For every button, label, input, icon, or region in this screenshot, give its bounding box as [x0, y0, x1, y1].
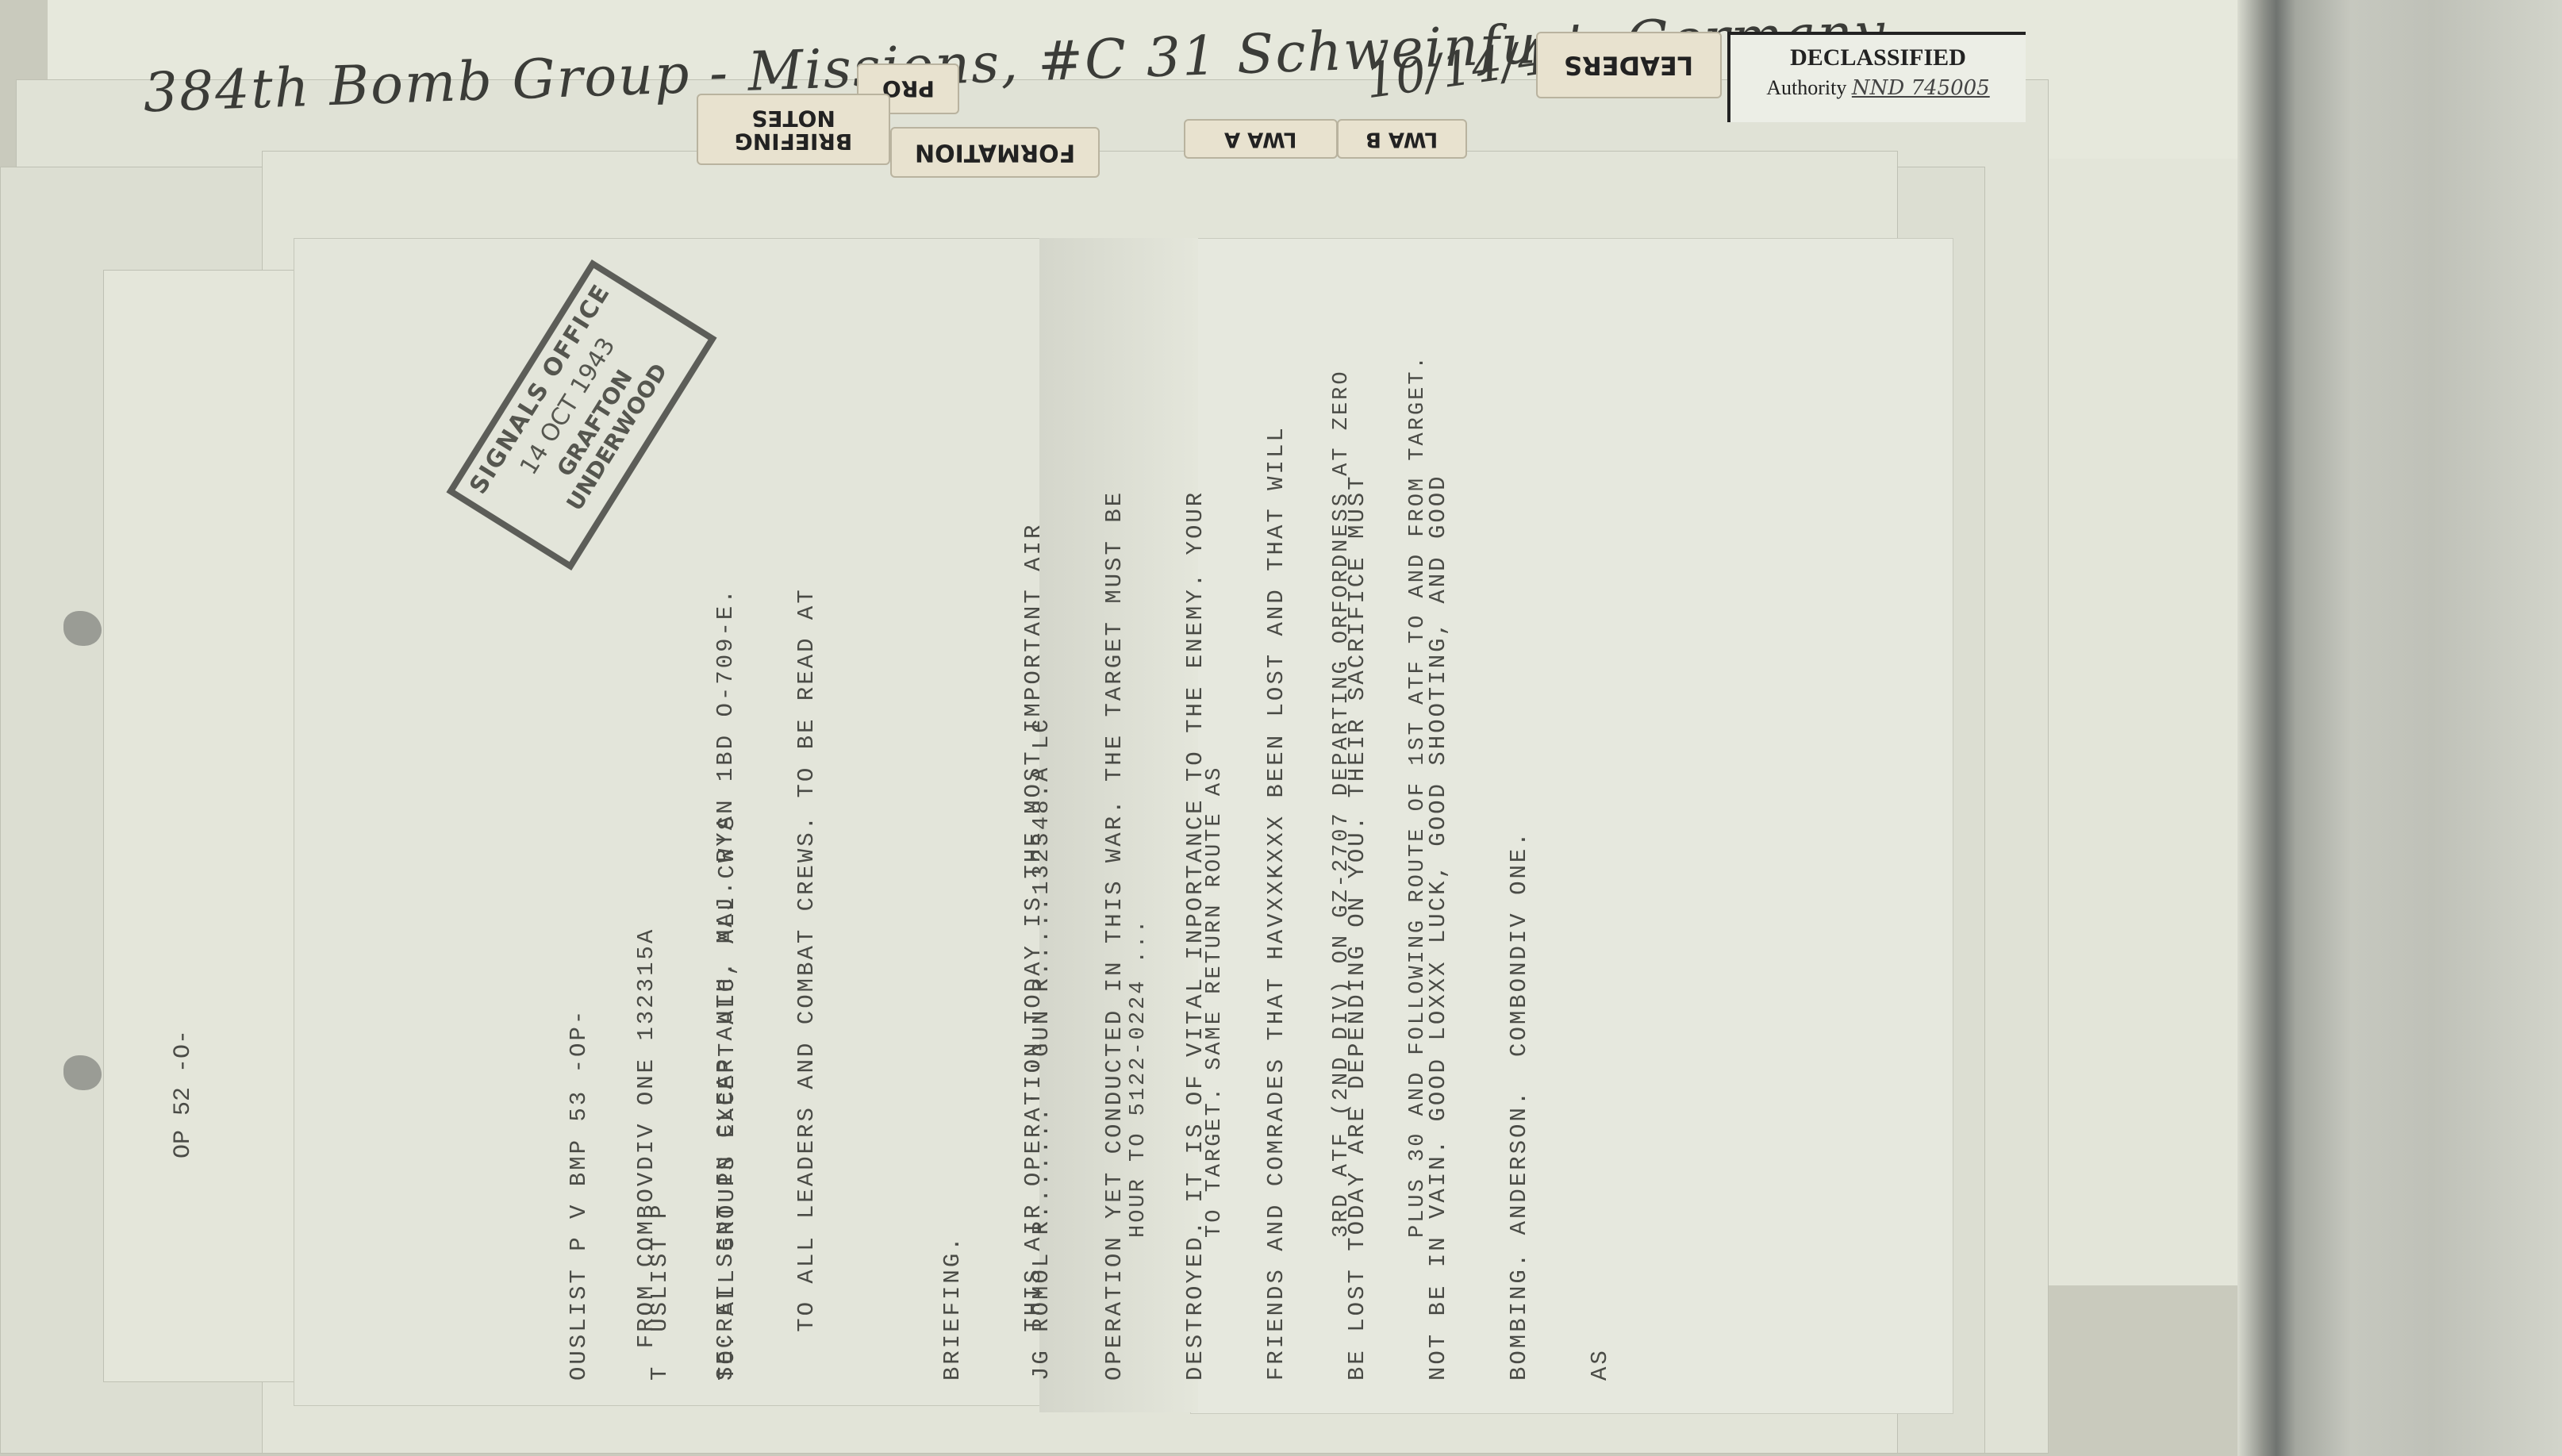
margin-note: OP 52 -O-	[170, 1030, 197, 1158]
message-continued: HOUR TO 5122-0224 ... TO TARGET. SAME RE…	[1075, 354, 1456, 1238]
message-footer: JG ROMOL R.......'''GUN R.....132348.A L…	[974, 716, 1082, 1381]
authority-value: NND 745005	[1852, 76, 1990, 100]
left-slip	[103, 270, 303, 1382]
folder-edge	[2031, 159, 2237, 1285]
punch-hole	[63, 1055, 102, 1090]
tab-formation[interactable]: FORMATION	[890, 127, 1100, 178]
tab-leaders[interactable]: LEADERS	[1536, 32, 1722, 98]
marble-background	[2237, 0, 2562, 1456]
declassified-label: DECLASSIFIED Authority NND 745005	[1727, 32, 2026, 122]
punch-hole	[63, 611, 102, 646]
tab-briefing-notes[interactable]: BRIEFING NOTES	[697, 94, 890, 165]
declassified-title: DECLASSIFIED	[1730, 44, 2026, 71]
tab-lwa-b[interactable]: LWA B	[1337, 119, 1467, 159]
declassified-authority: Authority NND 745005	[1730, 76, 2026, 100]
tab-lwa-a[interactable]: LWA A	[1184, 119, 1338, 159]
